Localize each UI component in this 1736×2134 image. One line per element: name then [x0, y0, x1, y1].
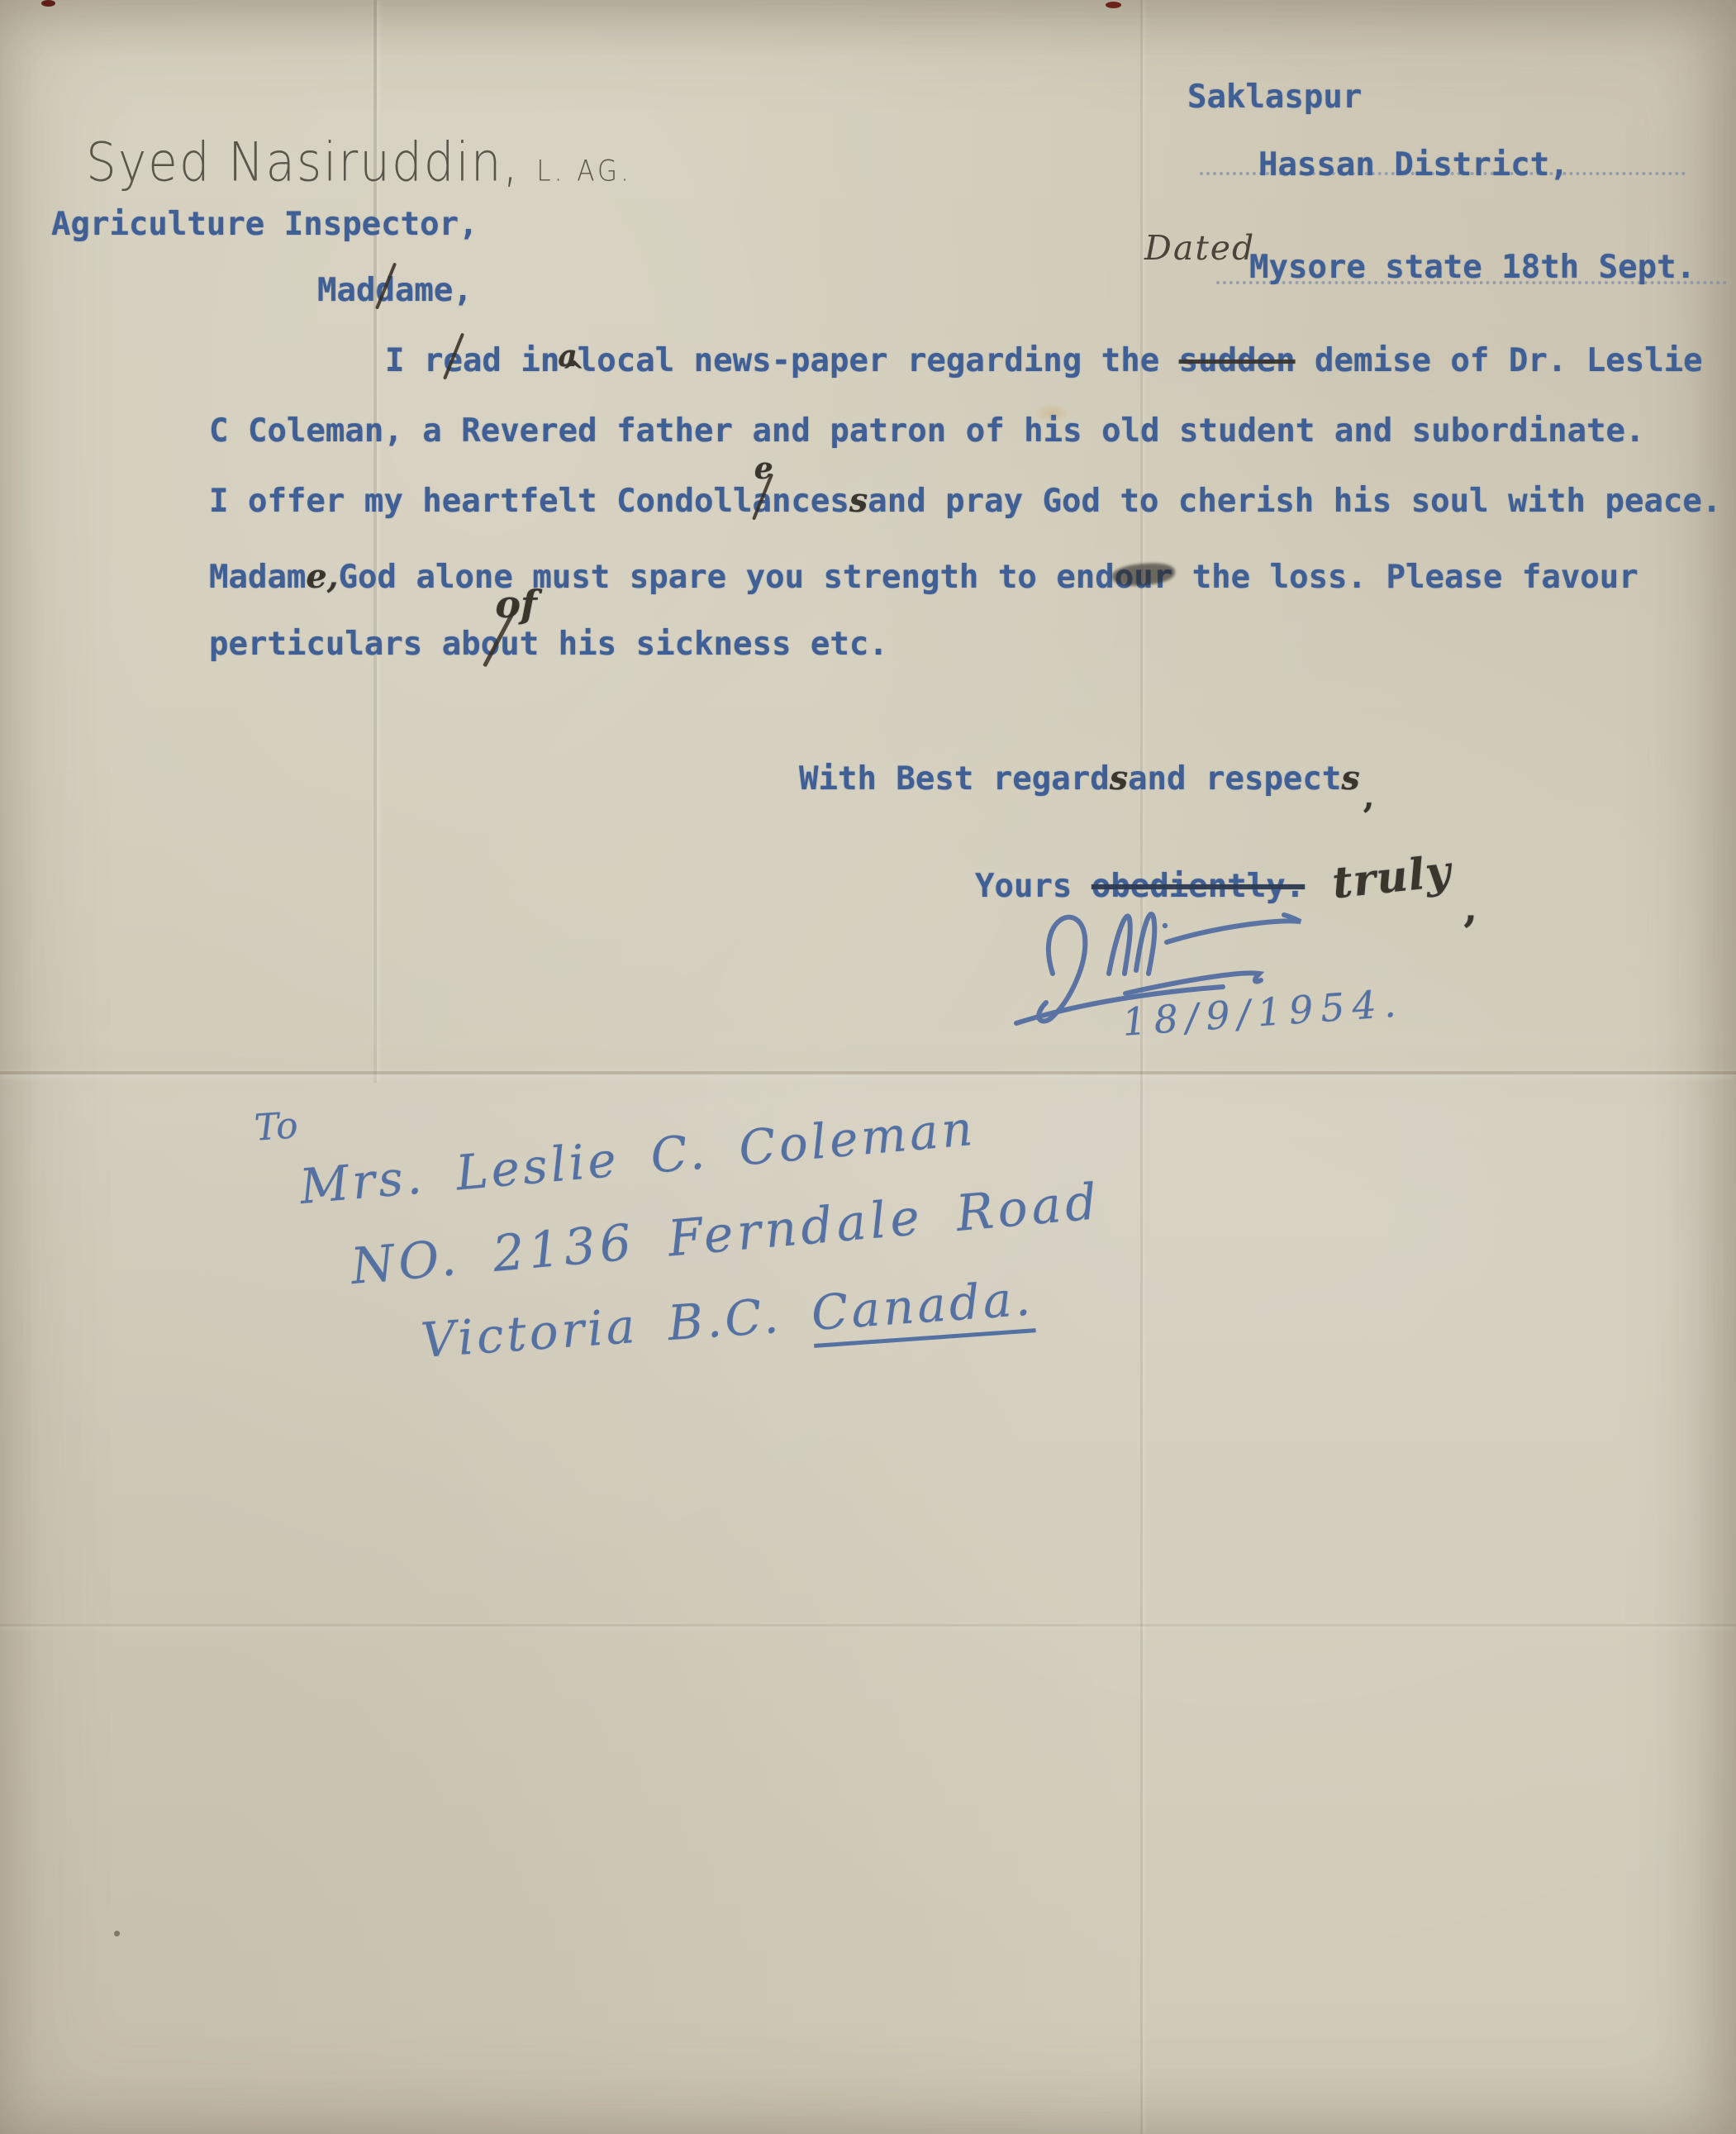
body-text: local news-paper regarding the	[578, 342, 1179, 379]
body-text: God alone must spare you strength to end	[339, 559, 1115, 596]
letterhead-name: Syed Nasiruddin, L. AG.	[86, 131, 632, 193]
fold-crease-horizontal-middle	[0, 1071, 1736, 1074]
pen-added-e-comma: e,	[306, 558, 338, 596]
inserted-word-of: of	[495, 583, 536, 626]
overstruck-letters: our	[1115, 560, 1172, 597]
body-line-5: perticulars aboutof his sickness etc.	[209, 626, 888, 664]
body-text: his sickness etc.	[539, 626, 888, 663]
caret-mark: ^	[561, 356, 585, 388]
fold-crease-horizontal-lower	[0, 1624, 1736, 1627]
body-text: Madam	[209, 559, 306, 596]
address-line-3: Victoria B.C. Canada.	[419, 1269, 1035, 1369]
body-text: I offer my heartfelt Condoll	[209, 483, 752, 520]
pen-added-s: s	[849, 482, 868, 520]
pen-added-s: s	[1110, 760, 1128, 798]
pen-comma: ,	[1363, 779, 1375, 816]
body-text: and pray God to cherish his soul with pe…	[868, 483, 1721, 520]
dirt-speck-bottom	[114, 1931, 120, 1936]
closing-text: With Best regard	[799, 760, 1110, 798]
corrected-letter: a	[752, 483, 771, 520]
pen-slash-correction: e	[443, 343, 462, 380]
address-country-underlined: Canada.	[810, 1269, 1036, 1348]
salutation-text: Mad	[317, 272, 375, 309]
body-line-1: I read ina^local news-paper regarding th…	[385, 343, 1703, 380]
pen-slash-correction: d	[375, 273, 394, 310]
heading-date-line: Mysore state 18th Sept.	[1249, 250, 1696, 287]
body-text: nces	[772, 483, 849, 520]
inserted-letter-e: e	[754, 452, 773, 486]
letterhead-title: Agriculture Inspector,	[51, 207, 478, 244]
ink-speck-top-right	[1106, 2, 1121, 8]
ink-speck-top-left	[41, 0, 55, 7]
pen-comma: ,	[1463, 886, 1477, 931]
salutation-text-2: ame,	[395, 272, 473, 309]
struck-word-sudden: sudden	[1179, 342, 1296, 379]
letterhead-degree: L. AG.	[536, 155, 632, 188]
body-text: perticulars ab	[209, 626, 481, 663]
closing-line: With Best regardsand respects,	[799, 760, 1371, 798]
body-line-2: C Coleman, a Revered father and patron o…	[209, 413, 1645, 450]
body-line-4: Madame,God alone must spare you strength…	[209, 559, 1638, 597]
salutation: Maddame,	[317, 273, 473, 310]
letter-scan: Syed Nasiruddin, L. AG. Agriculture Insp…	[0, 0, 1736, 2134]
corrected-word-about: out	[481, 626, 539, 663]
letterhead-name-text: Syed Nasiruddin,	[86, 131, 520, 193]
closing-text: and respect	[1128, 760, 1341, 798]
body-line-3: I offer my heartfelt Condollaencessand p…	[209, 483, 1721, 521]
body-text: I r	[385, 342, 443, 379]
pen-slash-correction: ae	[752, 483, 771, 521]
fold-crease-vertical-right	[1140, 0, 1143, 2134]
pen-big-slash-correction: outof	[481, 626, 539, 664]
body-text: the loss. Please favour	[1172, 559, 1638, 596]
pen-added-s: s	[1341, 760, 1359, 798]
address-city: Victoria B.C.	[419, 1285, 813, 1369]
address-to: To	[253, 1104, 299, 1150]
body-text: ad in	[463, 342, 559, 379]
heading-district: Hassan District,	[1258, 147, 1569, 184]
heading-place: Saklaspur	[1187, 79, 1362, 117]
body-text: demise of Dr. Leslie	[1296, 342, 1703, 379]
dated-label: Dated	[1144, 228, 1255, 268]
